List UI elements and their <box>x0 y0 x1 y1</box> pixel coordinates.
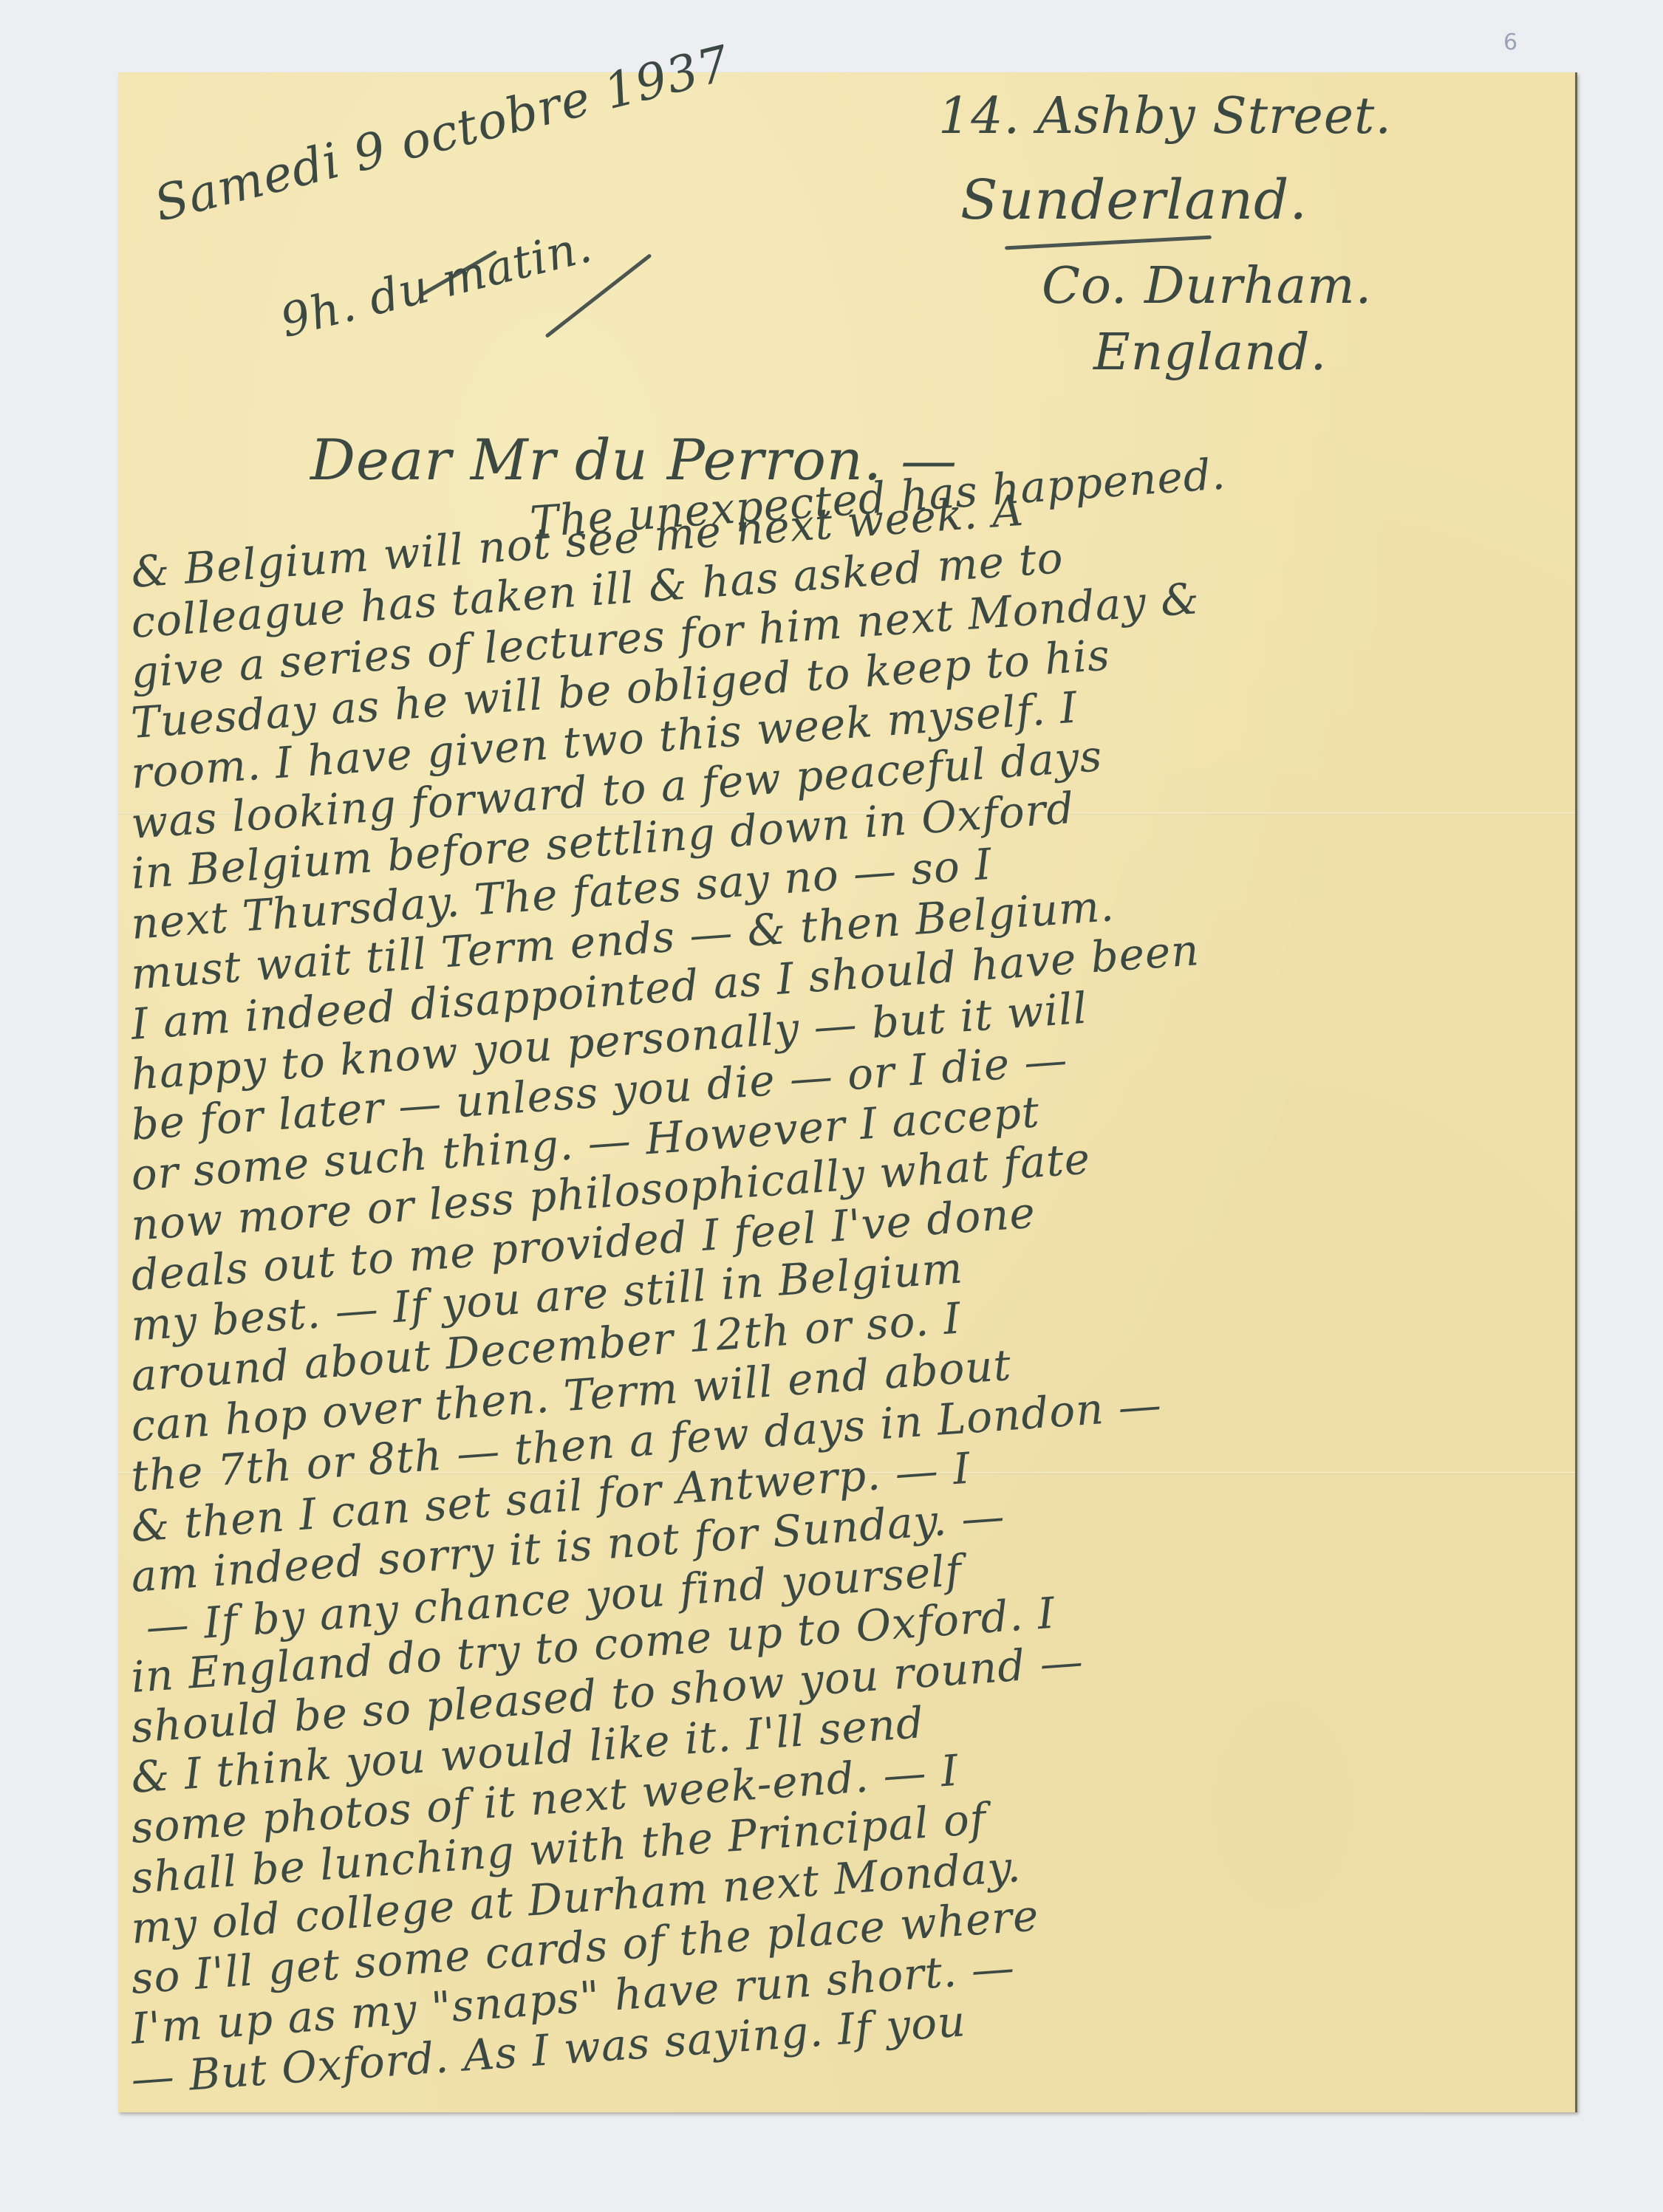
letter-time: 9h. du matin. <box>275 219 597 348</box>
address-city: Sunderland. <box>960 168 1308 232</box>
letter-paper: Samedi 9 octobre 1937 9h. du matin. 14. … <box>118 72 1577 2112</box>
address-city-underline <box>1005 236 1212 250</box>
letter-date: Samedi 9 octobre 1937 <box>148 35 735 233</box>
address-country: England. <box>1093 323 1327 382</box>
address-county: Co. Durham. <box>1042 257 1372 315</box>
scan-mark: 6 <box>1503 30 1517 55</box>
address-street: 14. Ashby Street. <box>938 87 1392 145</box>
